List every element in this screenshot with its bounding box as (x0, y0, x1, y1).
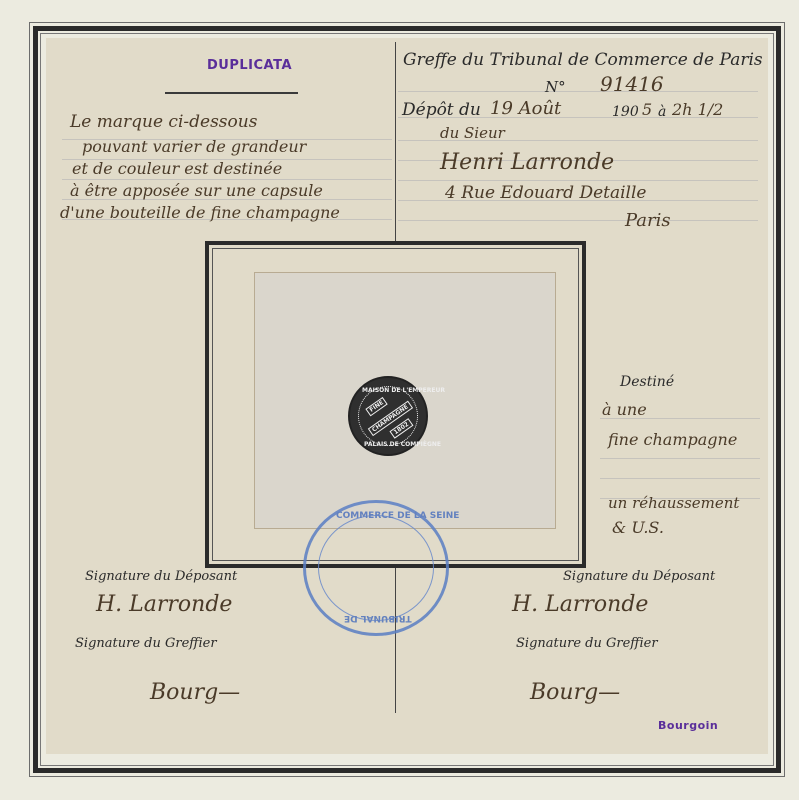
deposit-label: Dépôt du (402, 100, 481, 120)
bourgoin-stamp: Bourgoin (658, 719, 718, 732)
duplicata-underline (165, 92, 298, 94)
destination-label: Destiné (620, 374, 674, 390)
destination-line: un réhaussement (608, 494, 739, 512)
blue-stamp-inner-ring (318, 515, 434, 621)
description-line: d'une bouteille de fine champagne (60, 203, 340, 222)
clerk-signature-label: Signature du Greffier (516, 636, 658, 651)
ruled-line (398, 91, 758, 92)
tribunal-blue-stamp: COMMERCE DE LA SEINE TRIBUNAL DE (303, 500, 449, 636)
depositor-signature: H. Larronde (96, 592, 232, 617)
depositor-name: Henri Larronde (440, 150, 614, 175)
ruled-line (600, 478, 760, 479)
ruled-line (398, 220, 758, 221)
seal-bottom-text: PALAIS DE COMPIÈGNE (364, 441, 441, 448)
column-divider (395, 42, 396, 242)
depositor-city: Paris (625, 210, 671, 231)
year-prefix: 190 (612, 104, 639, 120)
year-suffix: 5 (642, 100, 652, 119)
description-line: Le marque ci-dessous (70, 112, 257, 132)
deposit-date: 19 Août (490, 98, 561, 119)
destination-line: à une (602, 400, 647, 419)
duplicata-stamp: DUPLICATA (207, 58, 292, 73)
maison-empereur-seal: MAISON DE L'EMPEREUR FINE CHAMPAGNE 1802… (348, 376, 428, 456)
description-line: et de couleur est destinée (72, 159, 282, 178)
time-label: à (658, 104, 666, 120)
ruled-line (62, 179, 392, 180)
description-line: à être apposée sur une capsule (70, 181, 323, 200)
destination-line: fine champagne (608, 430, 737, 449)
deposit-time: 2h 1/2 (672, 100, 723, 119)
description-line: pouvant varier de grandeur (82, 137, 306, 156)
ruled-line (398, 180, 758, 181)
ruled-line (600, 458, 760, 459)
depositor-signature: H. Larronde (512, 592, 648, 617)
blue-stamp-bottom-text: TRIBUNAL DE (344, 613, 412, 623)
seal-top-text: MAISON DE L'EMPEREUR (362, 387, 445, 394)
depositor-signature-label: Signature du Déposant (563, 569, 715, 584)
clerk-signature: Bourg— (530, 680, 620, 705)
depositor-signature-label: Signature du Déposant (85, 569, 237, 584)
sieur-label: du Sieur (440, 124, 505, 142)
blue-stamp-top-text: COMMERCE DE LA SEINE (336, 511, 459, 521)
number-label: N° (545, 78, 566, 96)
clerk-signature-label: Signature du Greffier (75, 636, 217, 651)
destination-line: & U.S. (612, 518, 664, 537)
clerk-signature: Bourg— (150, 680, 240, 705)
registration-number: 91416 (600, 72, 664, 96)
registry-title: Greffe du Tribunal de Commerce de Paris (403, 50, 763, 70)
depositor-address: 4 Rue Edouard Detaille (445, 183, 647, 203)
